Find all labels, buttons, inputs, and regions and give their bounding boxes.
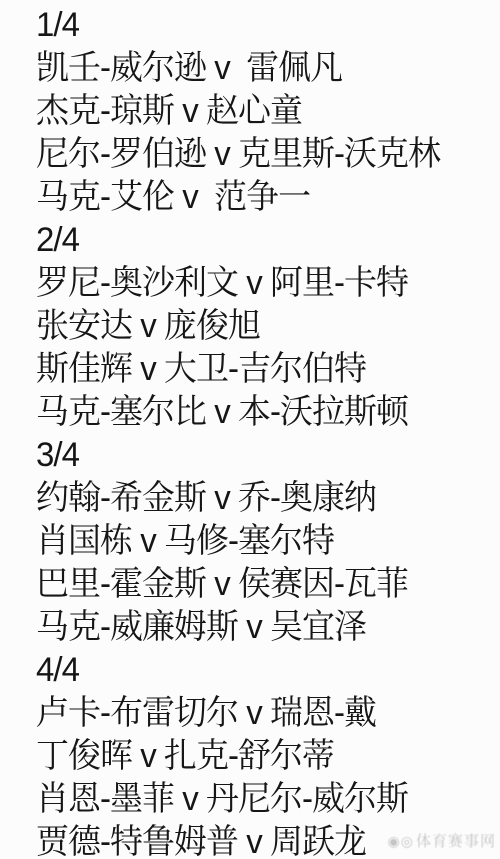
match-line: 张安达 v 庞俊旭 [36,305,486,348]
match-line: 罗尼-奥沙利文 v 阿里-卡特 [36,262,486,305]
match-line: 杰克-琼斯 v 赵心童 [36,90,486,133]
watermark-text: 体育赛事网 [416,833,496,850]
match-line: 凯壬-威尔逊 v 雷佩凡 [36,47,486,90]
match-line: 斯佳辉 v 大卫-吉尔伯特 [36,348,486,391]
match-line: 马克-艾伦 v 范争一 [36,176,486,219]
section-header: 1/4 [36,4,486,47]
match-line: 尼尔-罗伯逊 v 克里斯-沃克林 [36,133,486,176]
match-line: 巴里-霍金斯 v 侯赛因-瓦菲 [36,563,486,606]
bracket-list: 1/4凯壬-威尔逊 v 雷佩凡杰克-琼斯 v 赵心童尼尔-罗伯逊 v 克里斯-沃… [0,0,500,859]
section-header: 2/4 [36,219,486,262]
match-line: 丁俊晖 v 扎克-舒尔蒂 [36,735,486,778]
match-line: 马克-塞尔比 v 本-沃拉斯顿 [36,391,486,434]
match-line: 约翰-希金斯 v 乔-奥康纳 [36,477,486,520]
match-line: 马克-威廉姆斯 v 吴宜泽 [36,606,486,649]
match-line: 卢卡-布雷切尔 v 瑞恩-戴 [36,692,486,735]
match-line: 肖国栋 v 马修-塞尔特 [36,520,486,563]
section-header: 4/4 [36,649,486,692]
section-header: 3/4 [36,434,486,477]
watermark-logo-icon: ◉◎ [388,833,414,849]
watermark: ◉◎体育赛事网 [377,813,496,851]
